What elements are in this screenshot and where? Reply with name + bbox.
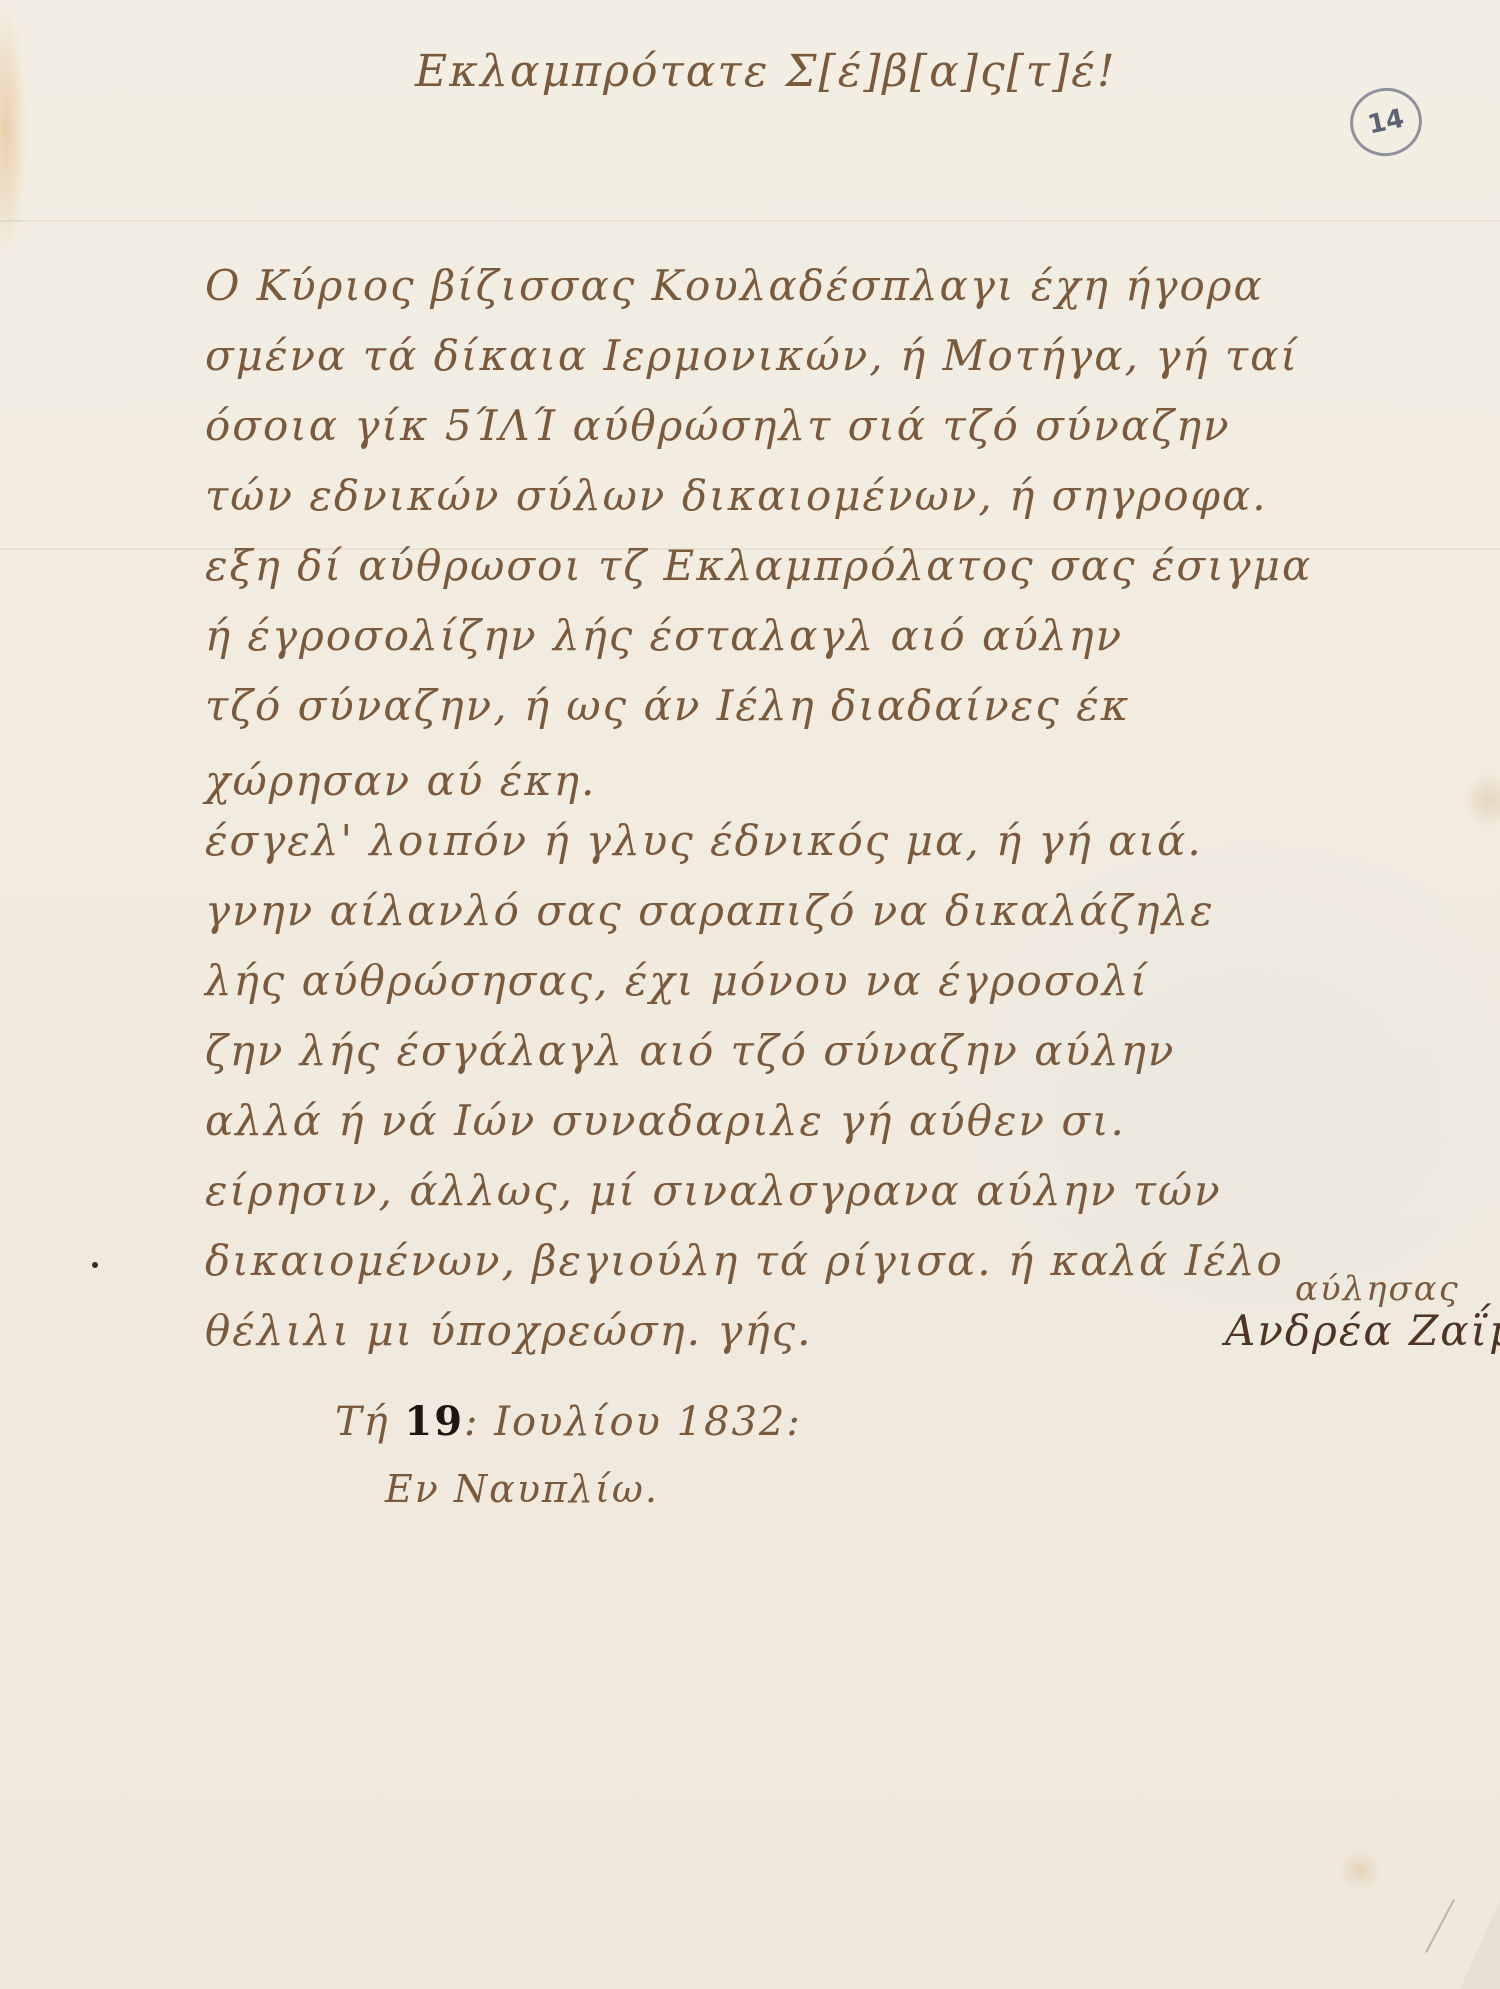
date-day: 19	[404, 1398, 464, 1445]
date-prefix: Τή	[335, 1399, 390, 1445]
letter-salutation: Εκλαμπρότατε Σ[έ]β[α]ς[τ]έ!	[415, 50, 1117, 94]
ink-spot	[92, 1262, 98, 1268]
letter-line: σμένα τά δίκαια Ιερμονικών, ή Μοτήγα, γή…	[205, 335, 1299, 377]
letter-line: έσγελ' λοιπόν ή γλυς έδνικός μα, ή γή αι…	[205, 820, 1203, 862]
manuscript-page: 14 Εκλαμπρότατε Σ[έ]β[α]ς[τ]έ! Ο Κύριος …	[0, 0, 1500, 1989]
folio-number-stamp: 14	[1344, 81, 1429, 162]
letter-line: ή έγροσολίζην λής έσταλαγλ αιό αύλην	[205, 615, 1123, 657]
letter-line: γνην αίλανλό σας σαραπιζό να δικαλάζηλε	[205, 890, 1215, 932]
letter-closing: αύλησας	[1295, 1272, 1460, 1306]
letter-place: Εν Ναυπλίω.	[385, 1470, 659, 1508]
letter-line: τών εδνικών σύλων δικαιομένων, ή σηγροφα…	[205, 475, 1268, 517]
letter-line: χώρησαν αύ έκη.	[205, 760, 596, 802]
letter-date: Τή 19: Ιουλίου 1832:	[335, 1402, 802, 1442]
folio-number: 14	[1365, 104, 1407, 141]
paper-fold	[0, 220, 1500, 222]
letter-signature: Ανδρέα Ζαΐμης	[1225, 1310, 1500, 1352]
clipped-corner-edge	[1425, 1899, 1455, 1953]
date-month-year: : Ιουλίου 1832:	[464, 1399, 802, 1445]
letter-line: εξη δί αύθρωσοι τζ Εκλαμπρόλατος σας έσι…	[205, 545, 1312, 587]
letter-line: θέλιλι μι ύποχρεώση. γής.	[205, 1310, 812, 1352]
letter-line: δικαιομένων, βεγιούλη τά ρίγισα. ή καλά …	[205, 1240, 1284, 1282]
letter-line: τζό σύναζην, ή ως άν Ιέλη διαδαίνες έκ	[205, 685, 1130, 727]
letter-line: ζην λής έσγάλαγλ αιό τζό σύναζην αύλην	[205, 1030, 1175, 1072]
letter-line: αλλά ή νά Ιών συναδαριλε γή αύθεν σι.	[205, 1100, 1126, 1142]
letter-line: όσοια γίκ 5ΊΛΊ αύθρώσηλτ σιά τζό σύναζην	[205, 405, 1231, 447]
letter-line: είρησιν, άλλως, μί σιναλσγρανα αύλην τών	[205, 1170, 1222, 1212]
letter-line: λής αύθρώσησας, έχι μόνου να έγροσολί	[205, 960, 1149, 1002]
letter-line: Ο Κύριος βίζισσας Κουλαδέσπλαγι έχη ήγορ…	[205, 265, 1264, 307]
